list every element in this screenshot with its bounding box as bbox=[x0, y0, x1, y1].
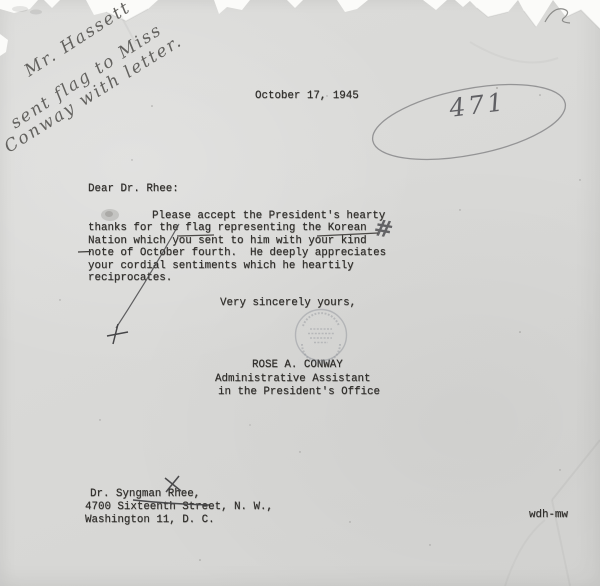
body-line: thanks for the flag representing the Kor… bbox=[88, 223, 367, 234]
body-line: Nation which you sent to him with your k… bbox=[88, 236, 367, 247]
body-line: Please accept the President's hearty bbox=[152, 211, 385, 222]
signature-title-1: Administrative Assistant bbox=[215, 374, 371, 385]
circled-file-number: 471 bbox=[448, 89, 507, 121]
body-line: note of October fourth. He deeply apprec… bbox=[88, 248, 386, 259]
signature-name: ROSE A. CONWAY bbox=[252, 360, 343, 371]
recipient-line: Washington 11, D. C. bbox=[85, 515, 215, 526]
salutation: Dear Dr. Rhee: bbox=[88, 184, 179, 195]
typist-initials: wdh-mw bbox=[529, 510, 568, 521]
margin-hash-mark: # bbox=[372, 216, 395, 242]
body-line: reciprocates. bbox=[88, 273, 172, 284]
signature-title-2: in the President's Office bbox=[218, 387, 380, 398]
closing: Very sincerely yours, bbox=[220, 298, 356, 309]
recipient-line: 4700 Sixteenth Street, N. W., bbox=[85, 502, 273, 513]
recipient-line: Dr. Syngman Rhee, bbox=[90, 489, 200, 500]
body-line: your cordial sentiments which he heartil… bbox=[88, 261, 354, 272]
letter-date: October 17, 1945 bbox=[255, 91, 359, 102]
